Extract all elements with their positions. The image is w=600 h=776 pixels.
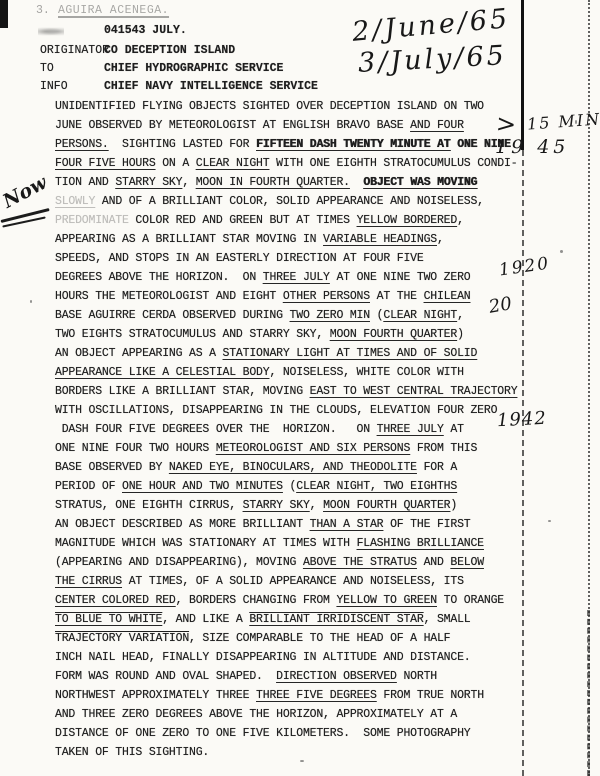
- text-segment: WITH OSCILLATIONS, DISAPPEARING IN THE C…: [55, 404, 497, 417]
- text-segment: FOR A: [417, 461, 457, 474]
- text-line: MAGNITUDE WHICH WAS STATIONARY AT TIMES …: [55, 534, 555, 553]
- document-body: UNIDENTIFIED FLYING OBJECTS SIGHTED OVER…: [55, 97, 555, 762]
- text-segment: THAN A STAR: [310, 518, 384, 531]
- text-segment: AT TIMES, OF A SOLID APPEARANCE AND NOIS…: [122, 575, 464, 588]
- scan-speck: [560, 250, 563, 253]
- text-line: NORTHWEST APPROXIMATELY THREE THREE FIVE…: [55, 686, 555, 705]
- text-segment: THREE FIVE DEGREES: [256, 689, 377, 702]
- text-segment: STATIONARY LIGHT AT TIMES AND OF SOLID: [223, 347, 478, 360]
- text-line: AND THREE ZERO DEGREES ABOVE THE HORIZON…: [55, 705, 555, 724]
- text-segment: (APPEARING AND DISAPPEARING), MOVING: [55, 556, 303, 569]
- text-segment: SIGHTING LASTED FOR: [109, 138, 256, 151]
- text-line: APPEARANCE LIKE A CELESTIAL BODY, NOISEL…: [55, 363, 555, 382]
- text-segment: ): [457, 328, 464, 341]
- text-segment: METEOROLOGIST AND SIX PERSONS: [216, 442, 410, 455]
- text-line: BORDERS LIKE A BRILLIANT STAR, MOVING EA…: [55, 382, 555, 401]
- text-segment: SLOWLY: [55, 195, 95, 208]
- text-line: APPEARING AS A BRILLIANT STAR MOVING IN …: [55, 230, 555, 249]
- text-segment: FOUR FIVE HOURS: [55, 157, 156, 170]
- item-number: 3.: [36, 4, 50, 17]
- text-line: UNIDENTIFIED FLYING OBJECTS SIGHTED OVER…: [55, 97, 555, 116]
- field-value: CHIEF NAVY INTELLIGENCE SERVICE: [104, 80, 318, 93]
- text-segment: APPEARANCE LIKE A CELESTIAL BODY: [55, 366, 269, 379]
- text-segment: ,: [310, 499, 323, 512]
- text-line: AN OBJECT APPEARING AS A STATIONARY LIGH…: [55, 344, 555, 363]
- text-segment: CHILEAN: [424, 290, 471, 303]
- text-segment: NORTHWEST APPROXIMATELY THREE: [55, 689, 256, 702]
- text-segment: FLASHING BRILLIANCE: [357, 537, 484, 550]
- text-segment: SPEEDS, AND STOPS IN AN EASTERLY DIRECTI…: [55, 252, 424, 265]
- handwritten-date-july: 3/July/65: [357, 42, 507, 77]
- text-segment: TRAJECTORY VARIATION: [55, 632, 189, 645]
- text-segment: CLEAR NIGHT, TWO EIGHTHS: [296, 480, 457, 493]
- text-segment: PERIOD OF: [55, 480, 122, 493]
- text-segment: INCH NAIL HEAD, FINALLY DISAPPEARING IN …: [55, 651, 470, 664]
- text-segment: VARIABLE HEADINGS: [323, 233, 437, 246]
- text-segment: FIFTEEN DASH TWENTY MINUTE AT: [256, 138, 450, 151]
- text-segment: ,: [182, 176, 195, 189]
- text-segment: THE CIRRUS: [55, 575, 122, 588]
- text-segment: AN OBJECT APPEARING AS A: [55, 347, 223, 360]
- text-segment: TO ORANGE: [437, 594, 504, 607]
- text-segment: MAGNITUDE WHICH WAS STATIONARY AT TIMES …: [55, 537, 357, 550]
- text-segment: NORTH: [397, 670, 437, 683]
- scan-artifact-corner: [0, 0, 8, 28]
- text-line: SPEEDS, AND STOPS IN AN EASTERLY DIRECTI…: [55, 249, 555, 268]
- text-segment: (: [283, 480, 296, 493]
- text-segment: TAKEN OF THIS SIGHTING.: [55, 746, 209, 759]
- text-segment: THREE JULY: [377, 423, 444, 436]
- text-segment: ABOVE THE STRATUS: [303, 556, 417, 569]
- handwritten-margin-note: Now: [0, 173, 50, 212]
- text-segment: HOURS THE METEOROLOGIST AND EIGHT: [55, 290, 283, 303]
- text-segment: STRATUS, ONE EIGHTH CIRRUS,: [55, 499, 243, 512]
- text-segment: BASE OBSERVED BY: [55, 461, 169, 474]
- text-segment: ,: [457, 309, 464, 322]
- text-segment: (: [370, 309, 383, 322]
- field-value: CO DECEPTION ISLAND: [104, 44, 235, 57]
- date-time-group: 041543 JULY.: [104, 24, 187, 37]
- text-line: WITH OSCILLATIONS, DISAPPEARING IN THE C…: [55, 401, 555, 420]
- text-line: BASE AGUIRRE CERDA OBSERVED DURING TWO Z…: [55, 306, 555, 325]
- text-segment: FROM TRUE NORTH: [377, 689, 484, 702]
- text-segment: , NOISELESS, WHITE COLOR WITH: [269, 366, 463, 379]
- text-line: (APPEARING AND DISAPPEARING), MOVING ABO…: [55, 553, 555, 572]
- text-line: PERIOD OF ONE HOUR AND TWO MINUTES (CLEA…: [55, 477, 555, 496]
- field-label: ORIGINATOR: [40, 44, 109, 57]
- field-label: TO: [40, 62, 54, 75]
- text-line: TWO EIGHTS STRATOCUMULUS AND STARRY SKY,…: [55, 325, 555, 344]
- text-segment: STARRY SKY: [243, 499, 310, 512]
- handwritten-minutes: 20: [488, 295, 514, 317]
- text-line: TRAJECTORY VARIATION, SIZE COMPARABLE TO…: [55, 629, 555, 648]
- text-segment: TWO EIGHTS STRATOCUMULUS AND STARRY SKY,: [55, 328, 330, 341]
- text-segment: MOON FOURTH QUARTER: [330, 328, 457, 341]
- text-segment: TO BLUE TO WHITE: [55, 613, 162, 626]
- text-segment: FROM THIS: [410, 442, 477, 455]
- text-line: STRATUS, ONE EIGHTH CIRRUS, STARRY SKY, …: [55, 496, 555, 515]
- text-segment: ON A: [156, 157, 196, 170]
- scan-speck: [30, 300, 32, 303]
- text-segment: JUNE OBSERVED BY METEOROLOGIST AT ENGLIS…: [55, 119, 410, 132]
- text-line: FOUR FIVE HOURS ON A CLEAR NIGHT WITH ON…: [55, 154, 555, 173]
- text-line: TION AND STARRY SKY, MOON IN FOURTH QUAR…: [55, 173, 555, 192]
- text-line: DASH FOUR FIVE DEGREES OVER THE HORIZON.…: [55, 420, 555, 439]
- text-segment: ): [450, 499, 457, 512]
- text-line: HOURS THE METEOROLOGIST AND EIGHT OTHER …: [55, 287, 555, 306]
- text-segment: AND THREE ZERO DEGREES ABOVE THE HORIZON…: [55, 708, 457, 721]
- text-segment: AT: [444, 423, 464, 436]
- text-segment: BASE AGUIRRE CERDA OBSERVED DURING: [55, 309, 290, 322]
- text-segment: ,: [457, 214, 464, 227]
- text-segment: ONE HOUR AND TWO MINUTES: [122, 480, 283, 493]
- routing-field-row: INFOCHIEF NAVY INTELLIGENCE SERVICE: [0, 80, 480, 98]
- text-segment: WITH ONE EIGHTH STRATOCUMULUS CONDI-: [269, 157, 517, 170]
- handwritten-date-june: 2/June/65: [351, 5, 511, 46]
- text-segment: YELLOW TO GREEN: [336, 594, 437, 607]
- document-title: AGUIRA ACENEGA.: [58, 4, 169, 17]
- text-segment: ,: [437, 233, 444, 246]
- text-line: FORM WAS ROUND AND OVAL SHAPED. DIRECTIO…: [55, 667, 555, 686]
- text-segment: PERSONS.: [55, 138, 109, 151]
- text-segment: , BORDERS CHANGING FROM: [176, 594, 337, 607]
- text-line: PREDOMINATE COLOR RED AND GREEN BUT AT T…: [55, 211, 555, 230]
- text-segment: DEGREES ABOVE THE HORIZON. ON: [55, 271, 263, 284]
- text-line: ONE NINE FOUR TWO HOURS METEOROLOGIST AN…: [55, 439, 555, 458]
- text-segment: AND OF A BRILLIANT COLOR, SOLID APPEARAN…: [95, 195, 484, 208]
- text-line: AN OBJECT DESCRIBED AS MORE BRILLIANT TH…: [55, 515, 555, 534]
- field-label: INFO: [40, 80, 68, 93]
- text-line: CENTER COLORED RED, BORDERS CHANGING FRO…: [55, 591, 555, 610]
- field-value: CHIEF HYDROGRAPHIC SERVICE: [104, 62, 283, 75]
- text-line: JUNE OBSERVED BY METEOROLOGIST AT ENGLIS…: [55, 116, 555, 135]
- text-segment: , SIZE COMPARABLE TO THE HEAD OF A HALF: [189, 632, 450, 645]
- text-segment: AT THE: [370, 290, 424, 303]
- text-segment: CENTER COLORED RED: [55, 594, 176, 607]
- text-segment: MOON IN FOURTH QUARTER.: [196, 176, 350, 189]
- text-segment: BELOW: [450, 556, 484, 569]
- text-segment: ONE NINE FOUR TWO HOURS: [55, 442, 216, 455]
- text-segment: YELLOW BORDERED: [357, 214, 458, 227]
- text-segment: TWO ZERO MIN: [290, 309, 370, 322]
- text-line: SLOWLY AND OF A BRILLIANT COLOR, SOLID A…: [55, 192, 555, 211]
- text-segment: OF THE FIRST: [383, 518, 470, 531]
- text-segment: DASH FOUR FIVE DEGREES OVER THE HORIZON.…: [55, 423, 377, 436]
- text-segment: STARRY SKY: [115, 176, 182, 189]
- text-line: THE CIRRUS AT TIMES, OF A SOLID APPEARAN…: [55, 572, 555, 591]
- text-segment: APPEARING AS A BRILLIANT STAR MOVING IN: [55, 233, 323, 246]
- text-segment: TION AND: [55, 176, 115, 189]
- text-segment: BORDERS LIKE A BRILLIANT STAR, MOVING: [55, 385, 310, 398]
- faded-label-smudge: [38, 27, 64, 36]
- text-segment: DIRECTION OBSERVED: [276, 670, 397, 683]
- text-segment: , AND LIKE A: [162, 613, 249, 626]
- handwritten-time-1942: 1942: [497, 410, 548, 431]
- text-segment: MOON FOURTH QUARTER: [323, 499, 450, 512]
- text-segment: AT ONE NINE TWO ZERO: [330, 271, 471, 284]
- handwritten-arrow: >: [495, 111, 517, 136]
- text-segment: THREE JULY: [263, 271, 330, 284]
- text-segment: PREDOMINATE: [55, 214, 129, 227]
- text-segment: AND FOUR: [410, 119, 464, 132]
- text-segment: FORM WAS ROUND AND OVAL SHAPED.: [55, 670, 276, 683]
- text-segment: AND: [417, 556, 451, 569]
- text-line: TAKEN OF THIS SIGHTING.: [55, 743, 555, 762]
- text-line: INCH NAIL HEAD, FINALLY DISAPPEARING IN …: [55, 648, 555, 667]
- text-line: DEGREES ABOVE THE HORIZON. ON THREE JULY…: [55, 268, 555, 287]
- text-segment: CLEAR NIGHT: [383, 309, 457, 322]
- scanned-document-page: 3. AGUIRA ACENEGA. 041543 JULY. ORIGINAT…: [0, 0, 600, 776]
- text-line: DISTANCE OF ONE ZERO TO ONE FIVE KILOMET…: [55, 724, 555, 743]
- text-segment: AN OBJECT DESCRIBED AS MORE BRILLIANT: [55, 518, 310, 531]
- text-segment: CLEAR NIGHT: [196, 157, 270, 170]
- text-line: PERSONS. SIGHTING LASTED FOR FIFTEEN DAS…: [55, 135, 555, 154]
- text-segment: EAST TO WEST CENTRAL TRAJECTORY: [310, 385, 518, 398]
- text-segment: BRILLIANT IRRIDISCENT STAR: [249, 613, 423, 626]
- text-segment: , SMALL: [424, 613, 471, 626]
- text-segment: OBJECT WAS MOVING: [363, 176, 477, 189]
- text-line: TO BLUE TO WHITE, AND LIKE A BRILLIANT I…: [55, 610, 555, 629]
- text-segment: DISTANCE OF ONE ZERO TO ONE FIVE KILOMET…: [55, 727, 470, 740]
- text-segment: UNIDENTIFIED FLYING OBJECTS SIGHTED OVER…: [55, 100, 484, 113]
- text-line: BASE OBSERVED BY NAKED EYE, BINOCULARS, …: [55, 458, 555, 477]
- text-segment: [350, 176, 363, 189]
- text-segment: OTHER PERSONS: [283, 290, 370, 303]
- page-edge-rule-lower: [587, 610, 590, 776]
- text-segment: COLOR RED AND GREEN BUT AT TIMES: [129, 214, 357, 227]
- handwritten-time-1945: 19 45: [495, 138, 569, 157]
- text-segment: NAKED EYE, BINOCULARS, AND THEODOLITE: [169, 461, 417, 474]
